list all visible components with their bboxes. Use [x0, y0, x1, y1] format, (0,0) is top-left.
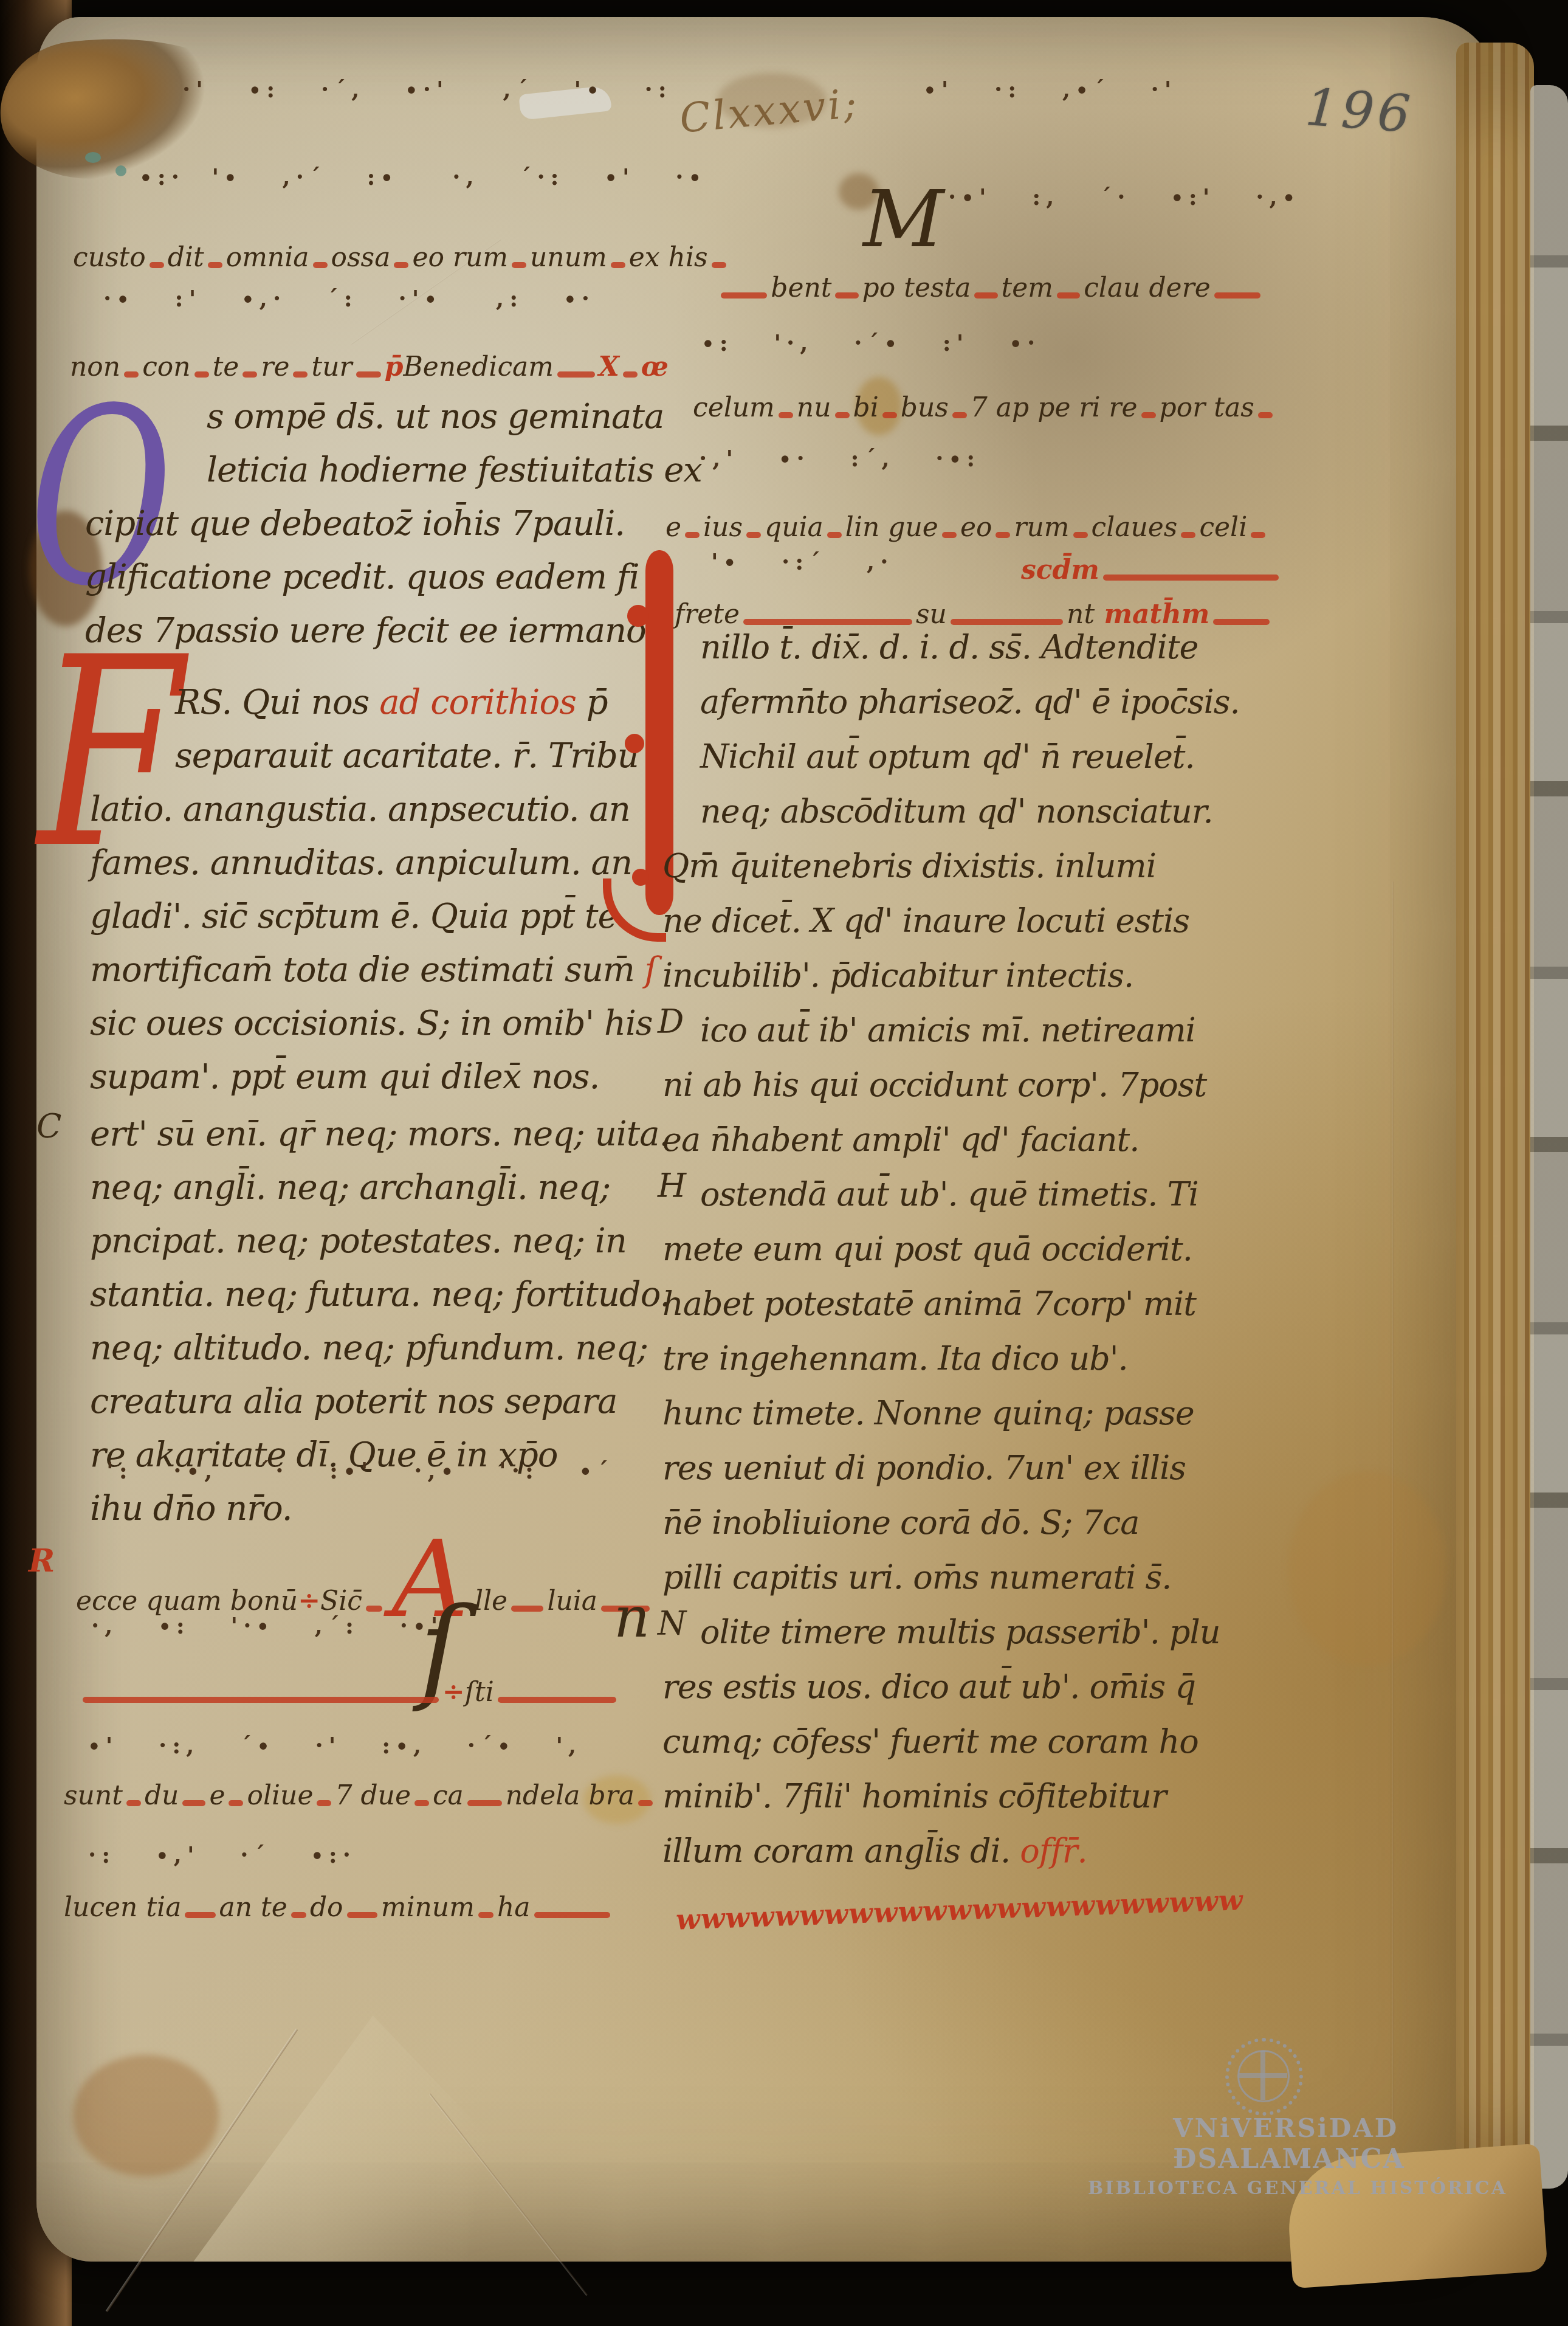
neume-row: ·∙ :' ∙,· ´: ·'∙ ,: ∙· — [103, 287, 638, 310]
text-segment: ea n̄habent ampli' qd' faciant. — [662, 1120, 1139, 1159]
watermark-universidad: VNiVERSiDAD — [1173, 2116, 1398, 2141]
text-segment: ihu dn̄o nr̄o. — [90, 1489, 292, 1528]
text-segment: ne dicet̄. X qd' inaure locuti estis — [662, 902, 1189, 940]
chant-syllable: 7 ap pe ri re — [971, 392, 1138, 424]
chant-syllable: dit — [168, 242, 204, 274]
chant-extender-line — [557, 371, 595, 378]
university-seal-watermark — [1225, 2038, 1303, 2116]
neume-row: ∙' ·: ,∙´ ·' — [924, 78, 1264, 101]
neume-row: '∙ ·:´ ,· — [711, 550, 942, 573]
text-segment: fames. annuditas. anpiculum. an — [90, 843, 632, 883]
manuscript-text-line: mete eum qui post quā occiderit. — [662, 1222, 1270, 1277]
manuscript-text-line: afermn̄to phariseoz̄. qd' ē ipoc̄sis. — [662, 675, 1270, 730]
chant-extender-line — [623, 371, 638, 378]
chant-extender-line — [611, 262, 625, 268]
neume-row: ·,' ∙· :´, ·∙: — [699, 447, 1234, 470]
chant-syllable: nde — [506, 1780, 556, 1812]
text-segment: n̄ē inobliuione corā dō. S; 7ca — [662, 1503, 1140, 1542]
letter-n-glyph: n — [614, 1590, 650, 1646]
chant-line-eius: eiusquialin gueeorumclauesceli — [665, 512, 1228, 544]
manuscript-text-line: res estis uos. dico aut̄ ub'. om̄is q̄ — [662, 1660, 1270, 1714]
chant-line-bent: bentpo testatemclau dere — [717, 272, 1264, 305]
chant-syllable: 7 due — [335, 1780, 411, 1812]
manuscript-text-line: ne dicet̄. X qd' inaure locuti estis — [662, 894, 1270, 948]
chant-syllable: unum — [530, 242, 607, 274]
neume-row: ∙: '·, ·´∙ :' ∙· — [702, 331, 1219, 354]
chant-extender-line — [534, 1912, 610, 1918]
chant-syllable: custo — [73, 242, 146, 274]
manuscript-text-line: pncipat. neq; potestates. neq; in — [90, 1215, 673, 1268]
margin-initial-letter: H — [658, 1170, 686, 1203]
chant-syllable: du — [145, 1780, 179, 1812]
chant-syllable: tur — [311, 351, 352, 384]
chant-extender-line — [182, 1800, 205, 1806]
text-segment: habet potestatē animā 7corp' mit — [662, 1285, 1196, 1323]
rubric-secundum: scd̄m — [1021, 554, 1282, 587]
manuscript-text-line: neq; abscōditum qd' nonsciatur. — [662, 784, 1270, 839]
chant-extender-line — [414, 1800, 429, 1806]
chant-syllable: claues — [1092, 512, 1178, 544]
text-segment: gladi'. sic̄ scp̄tum ē. Quia ppt̄ te — [90, 897, 617, 936]
chant-syllable: eo — [960, 512, 992, 544]
text-segment: res estis uos. dico aut̄ ub'. om̄is q̄ — [662, 1668, 1195, 1706]
incipit-M-glyph: M — [863, 179, 944, 258]
chant-syllable: omnia — [226, 242, 309, 274]
chant-extender-line — [1181, 532, 1195, 538]
chant-extender-line — [1258, 412, 1273, 418]
chant-syllable: ius — [703, 512, 743, 544]
text-segment: neq; angl̄i. neq; archangl̄i. neq; — [90, 1168, 610, 1207]
chant-extender-line — [229, 1800, 243, 1806]
chant-extender-line — [366, 1606, 382, 1612]
chant-syllable: rum — [1014, 512, 1069, 544]
text-segment: incubilib'. p̄dicabitur intectis. — [662, 956, 1133, 995]
chant-syllable: lin gue — [845, 512, 938, 544]
manuscript-text-line: RS. Qui nos ad corithios p̄ — [90, 676, 673, 730]
manuscript-text-line: ihu dn̄o nr̄o. — [90, 1482, 673, 1536]
text-segment: neq; abscōditum qd' nonsciatur. — [700, 792, 1213, 830]
chant-syllable: bent — [771, 272, 831, 305]
chant-rubric-syllable: ÷ — [442, 1677, 465, 1709]
chant-extender-line — [194, 371, 209, 378]
text-segment: mortificam̄ tota die estimati sum̄ — [90, 950, 634, 990]
manuscript-text-line: incubilib'. p̄dicabitur intectis. — [662, 948, 1270, 1003]
manuscript-text-line: habet potestatē animā 7corp' mit — [662, 1277, 1270, 1331]
manuscript-text-line: Hostendā aut̄ ub'. quē timetis. Ti — [662, 1167, 1270, 1222]
chant-rubric-syllable: œ — [641, 351, 669, 384]
neume-row: ∙:· '∙ ,·´ :∙ ·, ´·: ∙' ·∙ — [140, 165, 638, 188]
chant-extender-line — [126, 1800, 141, 1806]
rubric-segment: ad corithios — [379, 683, 576, 722]
text-segment: hunc timete. Nonne quinq; passe — [662, 1394, 1194, 1432]
folio-number: 196 — [1304, 81, 1415, 140]
neume-row: ·: ∙,' ·´ ∙:· — [88, 1843, 599, 1866]
chant-syllable: tem — [1002, 272, 1053, 305]
chant-syllable: nu — [797, 392, 831, 424]
chant-extender-line — [478, 1912, 493, 1918]
manuscript-text-line: Nolite timere multis passerib'. plu — [662, 1605, 1270, 1660]
manuscript-text-line: Qm̄ q̄uitenebris dixistis. inlumi — [662, 839, 1270, 894]
page-stack-edge — [1456, 43, 1534, 2219]
chant-extender-line — [317, 1800, 331, 1806]
stain — [73, 2055, 219, 2176]
chant-extender-line — [1251, 532, 1265, 538]
manuscript-text-line: cumq; cōfess' fuerit me coram ho — [662, 1714, 1270, 1769]
chant-extender-line — [995, 532, 1010, 538]
chant-syllable: luia — [547, 1586, 597, 1618]
neume-row: ·∙' :, ´· ∙:' ·,∙ — [948, 185, 1264, 209]
stain — [1288, 1471, 1446, 1666]
binding-thread — [115, 165, 126, 176]
chant-syllable: celum — [693, 392, 775, 424]
margin-initial-letter: N — [658, 1607, 686, 1640]
chant-extender-line — [293, 371, 308, 378]
text-segment: afermn̄to phariseoz̄. qd' ē ipoc̄sis. — [700, 683, 1240, 721]
chant-line-sti: ÷ſti — [79, 1677, 620, 1709]
chant-syllable: quia — [765, 512, 824, 544]
manuscript-text-line: hunc timete. Nonne quinq; passe — [662, 1386, 1270, 1441]
chant-extender-line — [356, 371, 381, 378]
page-deckle-edge — [1530, 85, 1568, 2189]
manuscript-text-line: neq; altitudo. neq; pfundum. neq; — [90, 1322, 673, 1375]
manuscript-text-line: minib'. 7fili' hominis cōfitebitur — [662, 1769, 1270, 1824]
neume-row: ·, ∙: '·∙ ,´: ·∙' — [91, 1614, 407, 1637]
text-segment: cipiat que debeatoz̄ ioh̄is 7pauli. — [85, 504, 625, 544]
chant-extender-line — [83, 1697, 439, 1703]
chant-syllable: celi — [1199, 512, 1247, 544]
chant-extender-line — [952, 412, 967, 418]
text-segment: ert' sū enī. qr̄ neq; mors. neq; uita. — [90, 1114, 669, 1154]
text-segment: RS. Qui nos — [175, 683, 379, 722]
chant-extender-line — [835, 292, 858, 299]
seal-crest-bar — [1239, 2073, 1287, 2078]
chant-extender-line — [467, 1800, 502, 1806]
chant-extender-line — [511, 1606, 543, 1612]
chant-extender-line — [394, 262, 408, 268]
manuscript-text-line: tre ingehennam. Ita dico ub'. — [662, 1331, 1270, 1386]
chant-syllable: lucen tia — [64, 1892, 181, 1924]
chant-syllable: ha — [497, 1892, 531, 1924]
chant-syllable: Benedicam — [403, 351, 554, 384]
chant-syllable: po testa — [862, 272, 971, 305]
chant-extender-line — [1073, 532, 1088, 538]
chant-extender-line — [512, 262, 526, 268]
text-segment: tre ingehennam. Ita dico ub'. — [662, 1339, 1128, 1378]
chant-extender-line — [347, 1912, 377, 1918]
text-segment: ico aut̄ ib' amicis mī. netireami — [700, 1011, 1195, 1049]
neume-row: ': ·∙, ´· :∙' ·,∙ '·: ∙´ — [106, 1459, 623, 1482]
chant-line-sunt: suntdueoliue7 duecandela bra — [64, 1780, 656, 1812]
chant-syllable: ex his — [629, 242, 708, 274]
chant-syllable: lle — [475, 1586, 507, 1618]
chant-line-custodit: custoditomniaossaeo rumunumex his — [73, 242, 650, 274]
manuscript-text-line: glificatione pcedit. quos eadem fi — [85, 551, 669, 604]
chant-syllable: ossa — [331, 242, 391, 274]
manuscript-text-line: n̄ē inobliuione corā dō. S; 7ca — [662, 1496, 1270, 1550]
manuscript-text-line: supam'. ppt̄ eum qui dilex̄ nos. — [90, 1051, 673, 1104]
manuscript-text-line: s ompē ds̄. ut nos geminata — [85, 390, 669, 444]
chant-extender-line — [685, 532, 700, 538]
chant-syllable: do — [310, 1892, 343, 1924]
watermark-biblioteca: BIBLIOTECA GENERAL HISTÓRICA — [1088, 2179, 1428, 2198]
neume-row: ∙' ·:, ´∙ ·' :∙, ·´∙ ', — [88, 1734, 611, 1757]
rubric-segment: ſ — [634, 950, 657, 990]
text-segment: minib'. 7fili' hominis cōfitebitur — [662, 1777, 1166, 1815]
chant-syllable: oliue — [247, 1780, 313, 1812]
epistle-text-block: RS. Qui nos ad corithios p̄separauit aca… — [90, 676, 673, 1104]
chant-syllable: la bra — [555, 1780, 634, 1812]
text-segment: sic oues occisionis. S; in omib' his — [90, 1004, 653, 1043]
chant-syllable: te — [213, 351, 239, 384]
manuscript-text-line: leticia hodierne festiuitatis ex — [85, 444, 669, 497]
manuscript-text-line: sic oues occisionis. S; in omib' his — [90, 997, 673, 1051]
chant-extender-line — [779, 412, 793, 418]
chant-extender-line — [291, 1912, 306, 1918]
chant-extender-line — [242, 371, 257, 378]
chant-extender-line — [835, 412, 850, 418]
manuscript-text-line: separauit acaritate. r̄. Tribu — [90, 730, 673, 783]
chant-extender-line — [746, 532, 761, 538]
text-segment: s ompē ds̄. ut nos geminata — [207, 397, 664, 437]
chant-extender-line — [1057, 292, 1080, 299]
chant-extender-line — [208, 262, 222, 268]
manuscript-text-line: res ueniut di pondio. 7un' ex illis — [662, 1441, 1270, 1496]
chant-syllable: bi — [853, 392, 879, 424]
manuscript-text-line: Cert' sū enī. qr̄ neq; mors. neq; uita. — [90, 1108, 673, 1161]
chant-extender-line — [638, 1800, 653, 1806]
chant-rubric-syllable: p̄ — [385, 351, 404, 384]
text-segment: neq; altitudo. neq; pfundum. neq; — [90, 1328, 648, 1368]
chant-rubric-syllable: X — [599, 351, 619, 384]
manuscript-text-line: neq; angl̄i. neq; archangl̄i. neq; — [90, 1161, 673, 1215]
manuscript-text-line: Nichil aut̄ optum qd' n̄ reuelet̄. — [662, 730, 1270, 784]
chant-syllable: e — [209, 1780, 225, 1812]
text-segment: res ueniut di pondio. 7un' ex illis — [662, 1449, 1186, 1487]
chant-syllable: por tas — [1160, 392, 1254, 424]
text-segment: latio. anangustia. anpsecutio. an — [90, 790, 630, 829]
manuscript-text-line: gladi'. sic̄ scp̄tum ē. Quia ppt̄ te — [90, 890, 673, 944]
watermark-salamanca: ÐSALAMANCA — [1173, 2146, 1398, 2173]
chant-syllable: clau dere — [1084, 272, 1211, 305]
manuscript-text-line: fames. annuditas. anpiculum. an — [90, 837, 673, 890]
text-segment: Qm̄ q̄uitenebris dixistis. inlumi — [662, 847, 1156, 885]
gospel-text-block: nillo t̄. dix̄. d. i. d. ss̄. Adtenditea… — [662, 620, 1270, 1879]
chant-extender-line — [185, 1912, 215, 1918]
chant-syllable: ſti — [465, 1677, 494, 1709]
text-segment: pncipat. neq; potestates. neq; in — [90, 1221, 627, 1261]
chant-rubric-syllable: scd̄m — [1021, 554, 1099, 587]
chant-extender-line — [974, 292, 997, 299]
text-segment: ni ab his qui occidunt corp'. 7post — [662, 1066, 1206, 1104]
manuscript-text-line: Dico aut̄ ib' amicis mī. netireami — [662, 1003, 1270, 1058]
text-segment: pilli capitis uri. om̄s numerati s̄. — [662, 1558, 1171, 1596]
text-segment: p̄ — [576, 683, 608, 722]
chant-extender-line — [313, 262, 328, 268]
text-segment: nillo t̄. dix̄. d. i. d. ss̄. Adtendite — [700, 628, 1198, 666]
chant-line-celum: celumnubibus7 ap pe ri repor tas — [693, 392, 1243, 424]
rubric-segment: offr̄. — [1020, 1832, 1087, 1870]
chant-syllable: eo rum — [412, 242, 508, 274]
text-segment: olite timere multis passerib'. plu — [700, 1613, 1220, 1651]
text-segment: stantia. neq; futura. neq; fortitudo. — [90, 1275, 670, 1314]
chant-extender-line — [827, 532, 842, 538]
text-segment: cumq; cōfess' fuerit me coram ho — [662, 1722, 1198, 1761]
text-segment: mete eum qui post quā occiderit. — [662, 1230, 1192, 1268]
text-segment: leticia hodierne festiuitatis ex — [207, 450, 702, 490]
chant-extender-line — [882, 412, 897, 418]
manuscript-text-line: stantia. neq; futura. neq; fortitudo. — [90, 1268, 673, 1322]
manuscript-photo: { "page": { "folio_number": "196", "head… — [0, 0, 1568, 2326]
chant-line-alleluia: Recce quam bonū÷Sic̄Alleluia — [76, 1547, 653, 1618]
text-segment: glificatione pcedit. quos eadem fi — [85, 557, 639, 597]
binding-thread — [85, 152, 101, 163]
chant-syllable: ca — [433, 1780, 464, 1812]
text-segment: supam'. ppt̄ eum qui dilex̄ nos. — [90, 1057, 599, 1097]
manuscript-text-line: nillo t̄. dix̄. d. i. d. ss̄. Adtendite — [662, 620, 1270, 675]
chant-extender-line — [1214, 292, 1260, 299]
text-segment: separauit acaritate. r̄. Tribu — [175, 736, 639, 776]
chant-margin-mark: R — [29, 1542, 55, 1580]
chant-syllable: sunt — [64, 1780, 123, 1812]
margin-initial-letter: C — [36, 1110, 61, 1143]
chant-syllable: e — [665, 512, 681, 544]
text-segment: creatura alia poterit nos separa — [90, 1382, 617, 1421]
neume-row: ·' ∙: ·´, ∙·' ,´ '∙ ·: — [182, 78, 644, 101]
manuscript-text-line: creatura alia poterit nos separa — [90, 1375, 673, 1429]
manuscript-text-line: ea n̄habent ampli' qd' faciant. — [662, 1113, 1270, 1167]
crease-line — [1392, 882, 1394, 2128]
chant-syllable: an te — [219, 1892, 287, 1924]
text-segment: illum coram angl̄is di. — [662, 1832, 1020, 1870]
manuscript-text-line: ni ab his qui occidunt corp'. 7post — [662, 1058, 1270, 1113]
chant-syllable: minum — [381, 1892, 475, 1924]
chant-extender-line — [150, 262, 164, 268]
manuscript-text-line: illum coram angl̄is di. offr̄. — [662, 1824, 1270, 1879]
manuscript-text-line: cipiat que debeatoz̄ ioh̄is 7pauli. — [85, 497, 669, 551]
chant-syllable: re — [261, 351, 289, 384]
text-segment: ostendā aut̄ ub'. quē timetis. Ti — [700, 1175, 1198, 1213]
manuscript-text-line: mortificam̄ tota die estimati sum̄ ſ — [90, 944, 673, 997]
chant-extender-line — [942, 532, 957, 538]
chant-extender-line — [721, 292, 767, 299]
chant-extender-line — [712, 262, 726, 268]
text-segment: Nichil aut̄ optum qd' n̄ reuelet̄. — [700, 737, 1195, 776]
manuscript-text-line: pilli capitis uri. om̄s numerati s̄. — [662, 1550, 1270, 1605]
manuscript-text-line: latio. anangustia. anpsecutio. an — [90, 783, 673, 837]
chant-line-lucentia: lucen tiaan tedominumha — [64, 1892, 614, 1924]
chant-extender-line — [498, 1697, 616, 1703]
chant-syllable: bus — [901, 392, 949, 424]
margin-initial-letter: D — [658, 1006, 683, 1038]
chant-extender-line — [1141, 412, 1156, 418]
chant-extender-line — [1103, 575, 1279, 581]
